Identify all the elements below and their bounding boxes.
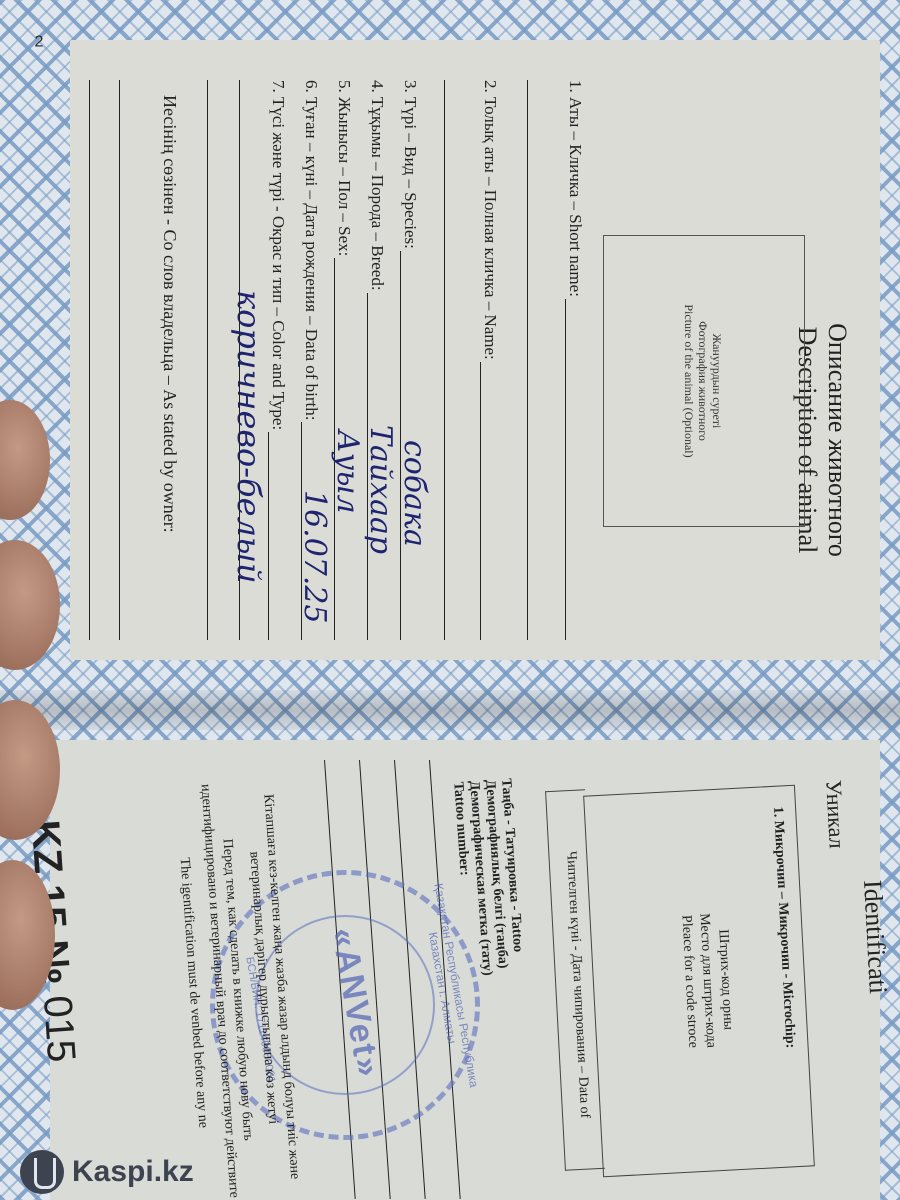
passport-spread: Описание животного Description of animal… — [0, 0, 900, 1200]
sex-value: Ауыл — [330, 430, 365, 514]
kaspi-logo-icon — [20, 1150, 64, 1194]
rule-line — [119, 80, 120, 640]
microchip-label: 1. Микрочип – Микрочип - Microchip: — [769, 806, 798, 1048]
photo-box: Жануурдын суреті Фотография животного Pi… — [603, 235, 805, 527]
kaspi-brand-text: Kaspi.kz — [72, 1155, 194, 1189]
title-ru: Описание животного — [822, 240, 852, 640]
owner-note: Иесінің сөзінен - Со слов владельца – As… — [159, 95, 180, 533]
field-label: 3. Түрі – Вид – Species: — [400, 80, 420, 249]
photo-label-ru: Фотография животного — [696, 236, 710, 526]
rule-line — [527, 80, 528, 640]
rule-line — [89, 80, 90, 640]
field-label: 2. Толық аты – Полная кличка – Name: — [480, 80, 500, 360]
field-label: 7. Түсі және түрі - Окрас и тип – Color … — [268, 80, 288, 430]
field-label: 6. Туған – күні – Дата рождения – Data o… — [301, 80, 321, 420]
birth-date-value: 16.07.25 — [297, 490, 332, 624]
left-page: Описание животного Description of animal… — [70, 40, 880, 660]
field-label: 4. Тұқымы – Порода – Breed: — [367, 80, 387, 291]
field-color-type: 7. Түсі және түрі - Окрас и тип – Color … — [268, 80, 288, 640]
species-value: собака — [397, 440, 432, 547]
page-number: 2 — [35, 33, 44, 51]
field-label: 1. Аты – Кличка – Short name: — [565, 80, 585, 297]
field-label: 5. Жынысы – Пол – Sex: — [334, 80, 354, 256]
color-type-value: коричнево-белый — [230, 290, 268, 584]
kaspi-watermark: Kaspi.kz — [20, 1150, 194, 1194]
page-fold — [0, 690, 900, 730]
microchip-box: 1. Микрочип – Микрочип - Microchip: Штри… — [583, 785, 815, 1178]
field-short-name: 1. Аты – Кличка – Short name: — [565, 80, 585, 640]
field-species: 3. Түрі – Вид – Species: — [400, 80, 420, 640]
serial-digits: 015 — [35, 994, 84, 1064]
photo-label-en: Picture of the animal (Optional) — [682, 236, 696, 526]
field-sex: 5. Жынысы – Пол – Sex: — [334, 80, 354, 640]
rule-line — [239, 80, 240, 640]
identification-subtitle: Уникал — [820, 779, 850, 849]
identification-title: Identificati — [857, 879, 893, 994]
breed-value: Тайхаар — [363, 425, 398, 554]
rule-line — [207, 80, 208, 640]
field-breed: 4. Тұқымы – Порода – Breed: — [367, 80, 387, 640]
rule-line — [444, 80, 445, 640]
photo-label-kz: Жануурдын суреті — [710, 236, 724, 526]
field-full-name: 2. Толық аты – Полная кличка – Name: — [480, 80, 500, 640]
